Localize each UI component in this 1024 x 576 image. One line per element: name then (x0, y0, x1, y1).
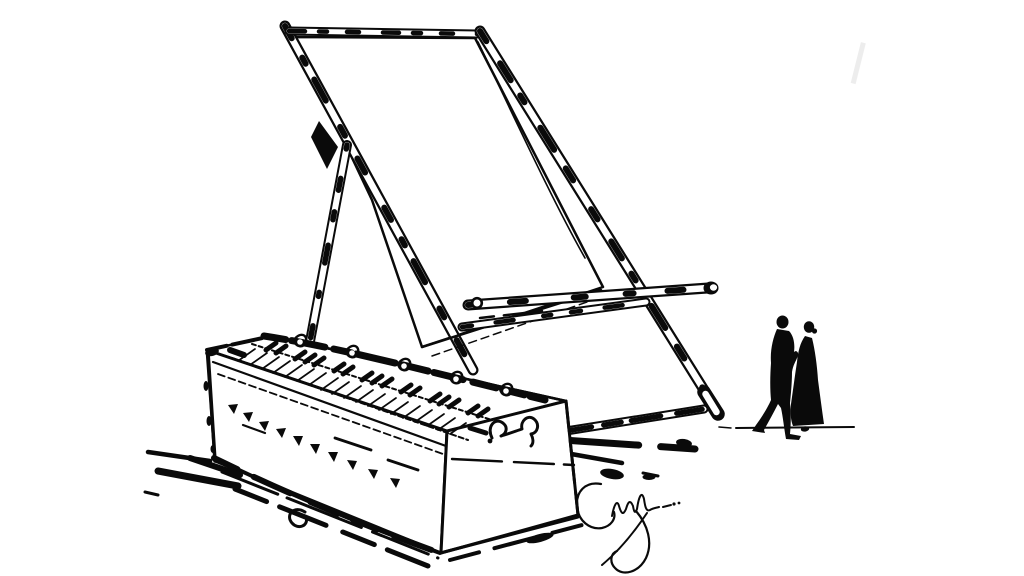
signature-letters (612, 495, 659, 516)
front-left-leg (308, 145, 347, 352)
ground-line (719, 427, 854, 428)
ink-sketch-illustration: Ink sketch: giant deck chair with harmon… (0, 0, 1024, 576)
signature-dot (672, 502, 675, 505)
pivot-ring (472, 298, 482, 308)
signature-slash (602, 513, 647, 565)
top-bar (289, 31, 477, 34)
paper-smudge (851, 42, 866, 84)
signature-dash (663, 505, 671, 507)
signature-oval (577, 484, 615, 529)
signature-dot (678, 502, 681, 505)
ink-blotch (311, 121, 338, 169)
man-head (777, 316, 789, 329)
armrest-knob-highlight (710, 284, 717, 290)
ground-bar (566, 409, 704, 431)
harmonium (145, 335, 582, 566)
walking-couple (719, 316, 854, 441)
signature-tail-loop (611, 511, 649, 573)
woman-silhouette (791, 321, 824, 432)
woman-hair-bun (812, 328, 817, 333)
illustration-page: Ink sketch: giant deck chair with harmon… (0, 0, 1024, 576)
woman-body (791, 336, 824, 426)
artist-signature (577, 484, 680, 573)
